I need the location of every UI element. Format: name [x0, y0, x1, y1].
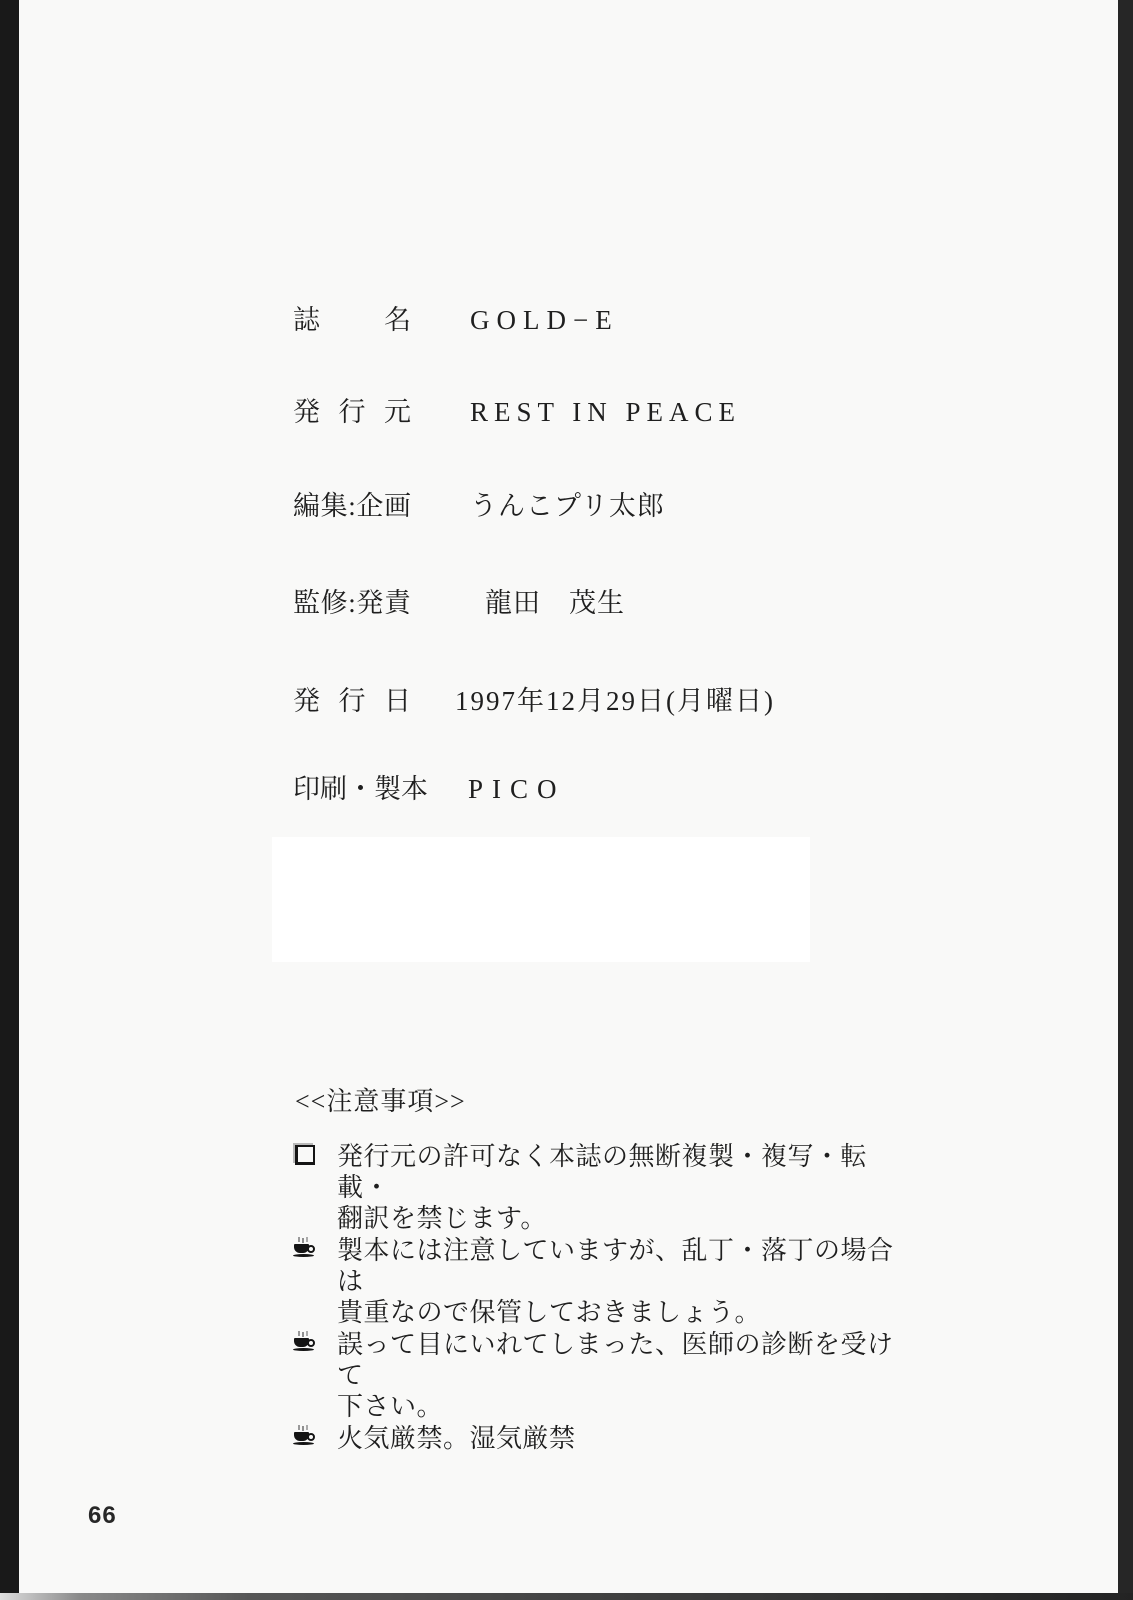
row-value: 龍田 茂生	[485, 581, 625, 620]
coffee-cup-icon	[293, 1329, 337, 1358]
note-text: 製本には注意していますが、乱丁・落丁の場合は 貴重なので保管しておきましょう。	[337, 1235, 913, 1328]
row-value: 1997年12月29日(月曜日)	[455, 679, 775, 718]
row-value: GOLD−E	[470, 305, 619, 336]
whited-out-panel	[272, 837, 810, 962]
note-text: 火気厳禁。湿気厳禁	[337, 1423, 576, 1454]
right-edge-bar	[1118, 0, 1133, 1600]
colophon-row-supervisor: 監修:発責龍田 茂生	[293, 581, 625, 620]
row-label: 発行元	[293, 390, 411, 429]
note-text: 発行元の許可なく本誌の無断複製・複写・転載・ 翻訳を禁じます。	[337, 1141, 913, 1234]
colophon-row-title: 誌名GOLD−E	[293, 298, 619, 337]
bottom-scan-band	[0, 1593, 1133, 1600]
row-label: 監修:発責	[293, 581, 411, 620]
left-spine-bar	[0, 0, 19, 1594]
colophon-row-publish-date: 発行日1997年12月29日(月曜日)	[293, 679, 775, 718]
coffee-cup-icon	[293, 1235, 337, 1264]
open-box-icon	[293, 1141, 337, 1170]
row-label: 誌名	[293, 298, 411, 337]
notes-list: 発行元の許可なく本誌の無断複製・複写・転載・ 翻訳を禁じます。 製本には注意して…	[293, 1141, 913, 1455]
row-value: PICO	[468, 774, 566, 805]
note-item: 火気厳禁。湿気厳禁	[293, 1423, 913, 1454]
row-value: REST IN PEACE	[470, 397, 741, 428]
note-item: 誤って目にいれてしまった、医師の診断を受けて 下さい。	[293, 1329, 913, 1422]
page-number: 66	[88, 1502, 117, 1530]
row-label: 発行日	[293, 679, 411, 718]
row-label: 編集:企画	[293, 484, 411, 523]
row-value: うんこプリ太郎	[470, 484, 665, 523]
scanned-colophon-page: 誌名GOLD−E 発行元REST IN PEACE 編集:企画うんこプリ太郎 監…	[0, 0, 1133, 1600]
note-item: 製本には注意していますが、乱丁・落丁の場合は 貴重なので保管しておきましょう。	[293, 1235, 913, 1328]
note-item: 発行元の許可なく本誌の無断複製・複写・転載・ 翻訳を禁じます。	[293, 1141, 913, 1234]
colophon-row-publisher: 発行元REST IN PEACE	[293, 390, 741, 429]
colophon-row-editor: 編集:企画うんこプリ太郎	[293, 484, 665, 523]
row-label: 印刷・製本	[293, 767, 411, 806]
coffee-cup-icon	[293, 1423, 337, 1452]
notes-heading: <<注意事項>>	[295, 1081, 466, 1118]
colophon-row-printer: 印刷・製本PICO	[293, 767, 566, 806]
note-text: 誤って目にいれてしまった、医師の診断を受けて 下さい。	[337, 1329, 913, 1422]
